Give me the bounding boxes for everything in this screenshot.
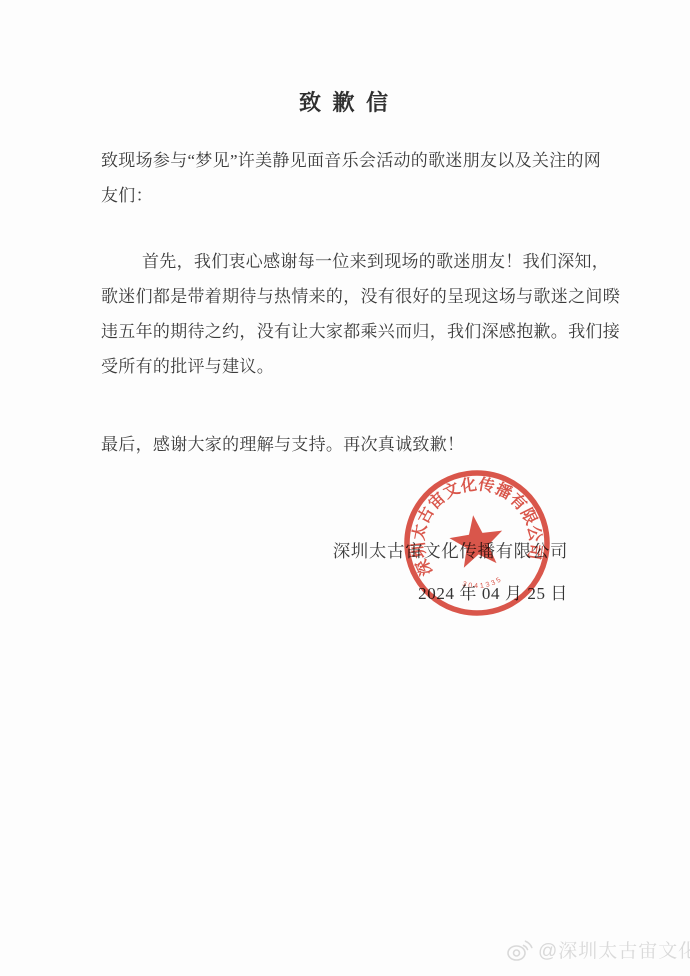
salutation-line: 友们： (101, 178, 595, 213)
weibo-handle: @深圳太古宙文化 (538, 936, 690, 963)
apology-letter-page: 致 歉 信 致现场参与“梦见”许美静见面音乐会活动的歌迷朋友以及关注的网 友们：… (0, 0, 690, 976)
salutation-paragraph: 致现场参与“梦见”许美静见面音乐会活动的歌迷朋友以及关注的网 友们： (101, 143, 595, 213)
weibo-watermark: @深圳太古宙文化 (506, 936, 690, 963)
body-line: 最后，感谢大家的理解与支持。再次真诚致歉！ (101, 427, 595, 462)
body-line: 受所有的批评与建议。 (101, 349, 595, 384)
signature-date: 2024 年 04 月 25 日 (418, 579, 568, 604)
body-line: 歌迷们都是带着期待与热情来的，没有很好的呈现这场与歌迷之间暌 (101, 279, 595, 314)
signature-company: 深圳太古宙文化传播有限公司 (333, 538, 568, 563)
page-title: 致 歉 信 (0, 86, 690, 117)
body-line: 违五年的期待之约，没有让大家都乘兴而归，我们深感抱歉。我们接 (101, 314, 595, 349)
body-line: 首先，我们衷心感谢每一位来到现场的歌迷朋友！我们深知， (101, 244, 595, 279)
weibo-icon (506, 938, 533, 962)
body-paragraph-1: 首先，我们衷心感谢每一位来到现场的歌迷朋友！我们深知， 歌迷们都是带着期待与热情… (101, 244, 595, 384)
salutation-line: 致现场参与“梦见”许美静见面音乐会活动的歌迷朋友以及关注的网 (101, 143, 595, 178)
body-paragraph-2: 最后，感谢大家的理解与支持。再次真诚致歉！ (101, 427, 595, 462)
